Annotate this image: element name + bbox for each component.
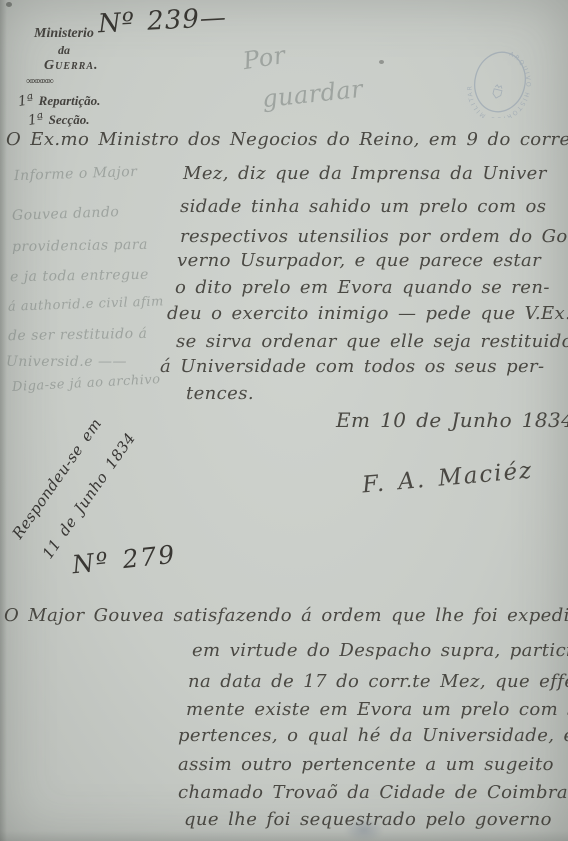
letter1-line: se sirva ordenar que elle seja restituid… — [176, 331, 568, 352]
letter1-line: sidade tinha sahido um prelo com os — [180, 196, 546, 217]
letterhead-repartition-line: 1ª Repartição. — [18, 90, 100, 109]
margin-note-line: Gouvea dando — [12, 204, 120, 224]
pencil-note-line1: Por — [241, 41, 287, 75]
letterhead-ministry: Ministerio — [34, 26, 94, 42]
letterhead-flourish: ∞∞∞∞∞ — [26, 76, 52, 87]
letter1-signature: F. A. Maciéz — [361, 458, 534, 499]
letter1-line: O Ex.mo Ministro dos Negocios do Reino, … — [6, 129, 568, 150]
document-page: Ministerio da Guerra. ∞∞∞∞∞ 1ª Repartiçã… — [0, 0, 568, 841]
paper-speck — [6, 2, 12, 7]
letter2-number: Nº 279 — [71, 540, 178, 580]
letter1-line: tences. — [186, 383, 254, 404]
letterhead-section-line: 1ª Secção. — [28, 109, 89, 128]
stamp-crest-icon — [492, 84, 503, 99]
archive-stamp-svg: ARQUIVO HISTORICO MILITAR — [463, 46, 537, 118]
letterhead-repartition-label: Repartição. — [39, 93, 101, 108]
letter2-line: pertences, o qual hé da Universidade, e … — [178, 725, 568, 746]
margin-note-line: Diga-se já ao archivo — [12, 372, 161, 395]
archive-stamp: ARQUIVO HISTORICO MILITAR — [463, 46, 537, 118]
margin-note-line: providencias para — [12, 237, 148, 255]
letter2-line: em virtude do Despacho supra, participa — [192, 640, 568, 661]
margin-note-line: á authorid.e civil afim — [8, 294, 164, 314]
pencil-note-line2: guardar — [261, 75, 365, 113]
smudge-mark — [344, 818, 384, 841]
letterhead-section-number: 1ª — [27, 111, 45, 129]
letterhead-guerra: Guerra. — [44, 58, 99, 74]
letterhead-repartition-number: 1ª — [17, 92, 35, 110]
letter1-line: verno Usurpador, e que parece estar — [177, 250, 541, 271]
letter2-line: assim outro pertencente a um sugeito — [178, 754, 554, 775]
letter1-date: Em 10 de Junho 1834 — [336, 408, 568, 432]
letter1-line: á Universidade com todos os seus per- — [160, 356, 545, 377]
margin-note-line: Universid.e —— — [6, 354, 127, 370]
margin-note-line: Informe o Major — [14, 164, 138, 184]
letter2-line: O Major Gouvea satisfazendo á ordem que … — [4, 605, 568, 626]
letterhead-da: da — [58, 43, 70, 58]
doc-number: Nº 239— — [97, 3, 227, 40]
margin-note-line: de ser restituido á — [8, 326, 148, 344]
letterhead-section-label: Secção. — [49, 112, 90, 127]
margin-note-line: e ja toda entregue — [10, 267, 149, 285]
letter2-line: na data de 17 do corr.te Mez, que effect… — [188, 671, 568, 692]
paper-speck — [379, 60, 384, 64]
letter1-line: Mez, diz que da Imprensa da Univer — [183, 163, 547, 184]
letter1-line: o dito prelo em Evora quando se ren- — [175, 277, 550, 298]
letter1-line: respectivos utensilios por ordem do Go- — [180, 226, 568, 247]
letter2-line: mente existe em Evora um prelo com seus — [186, 699, 568, 720]
letter2-line: chamado Trovaõ da Cidade de Coimbra, e — [178, 782, 568, 803]
letter1-line: deu o exercito inimigo — pede que V.Ex.a — [167, 303, 568, 324]
